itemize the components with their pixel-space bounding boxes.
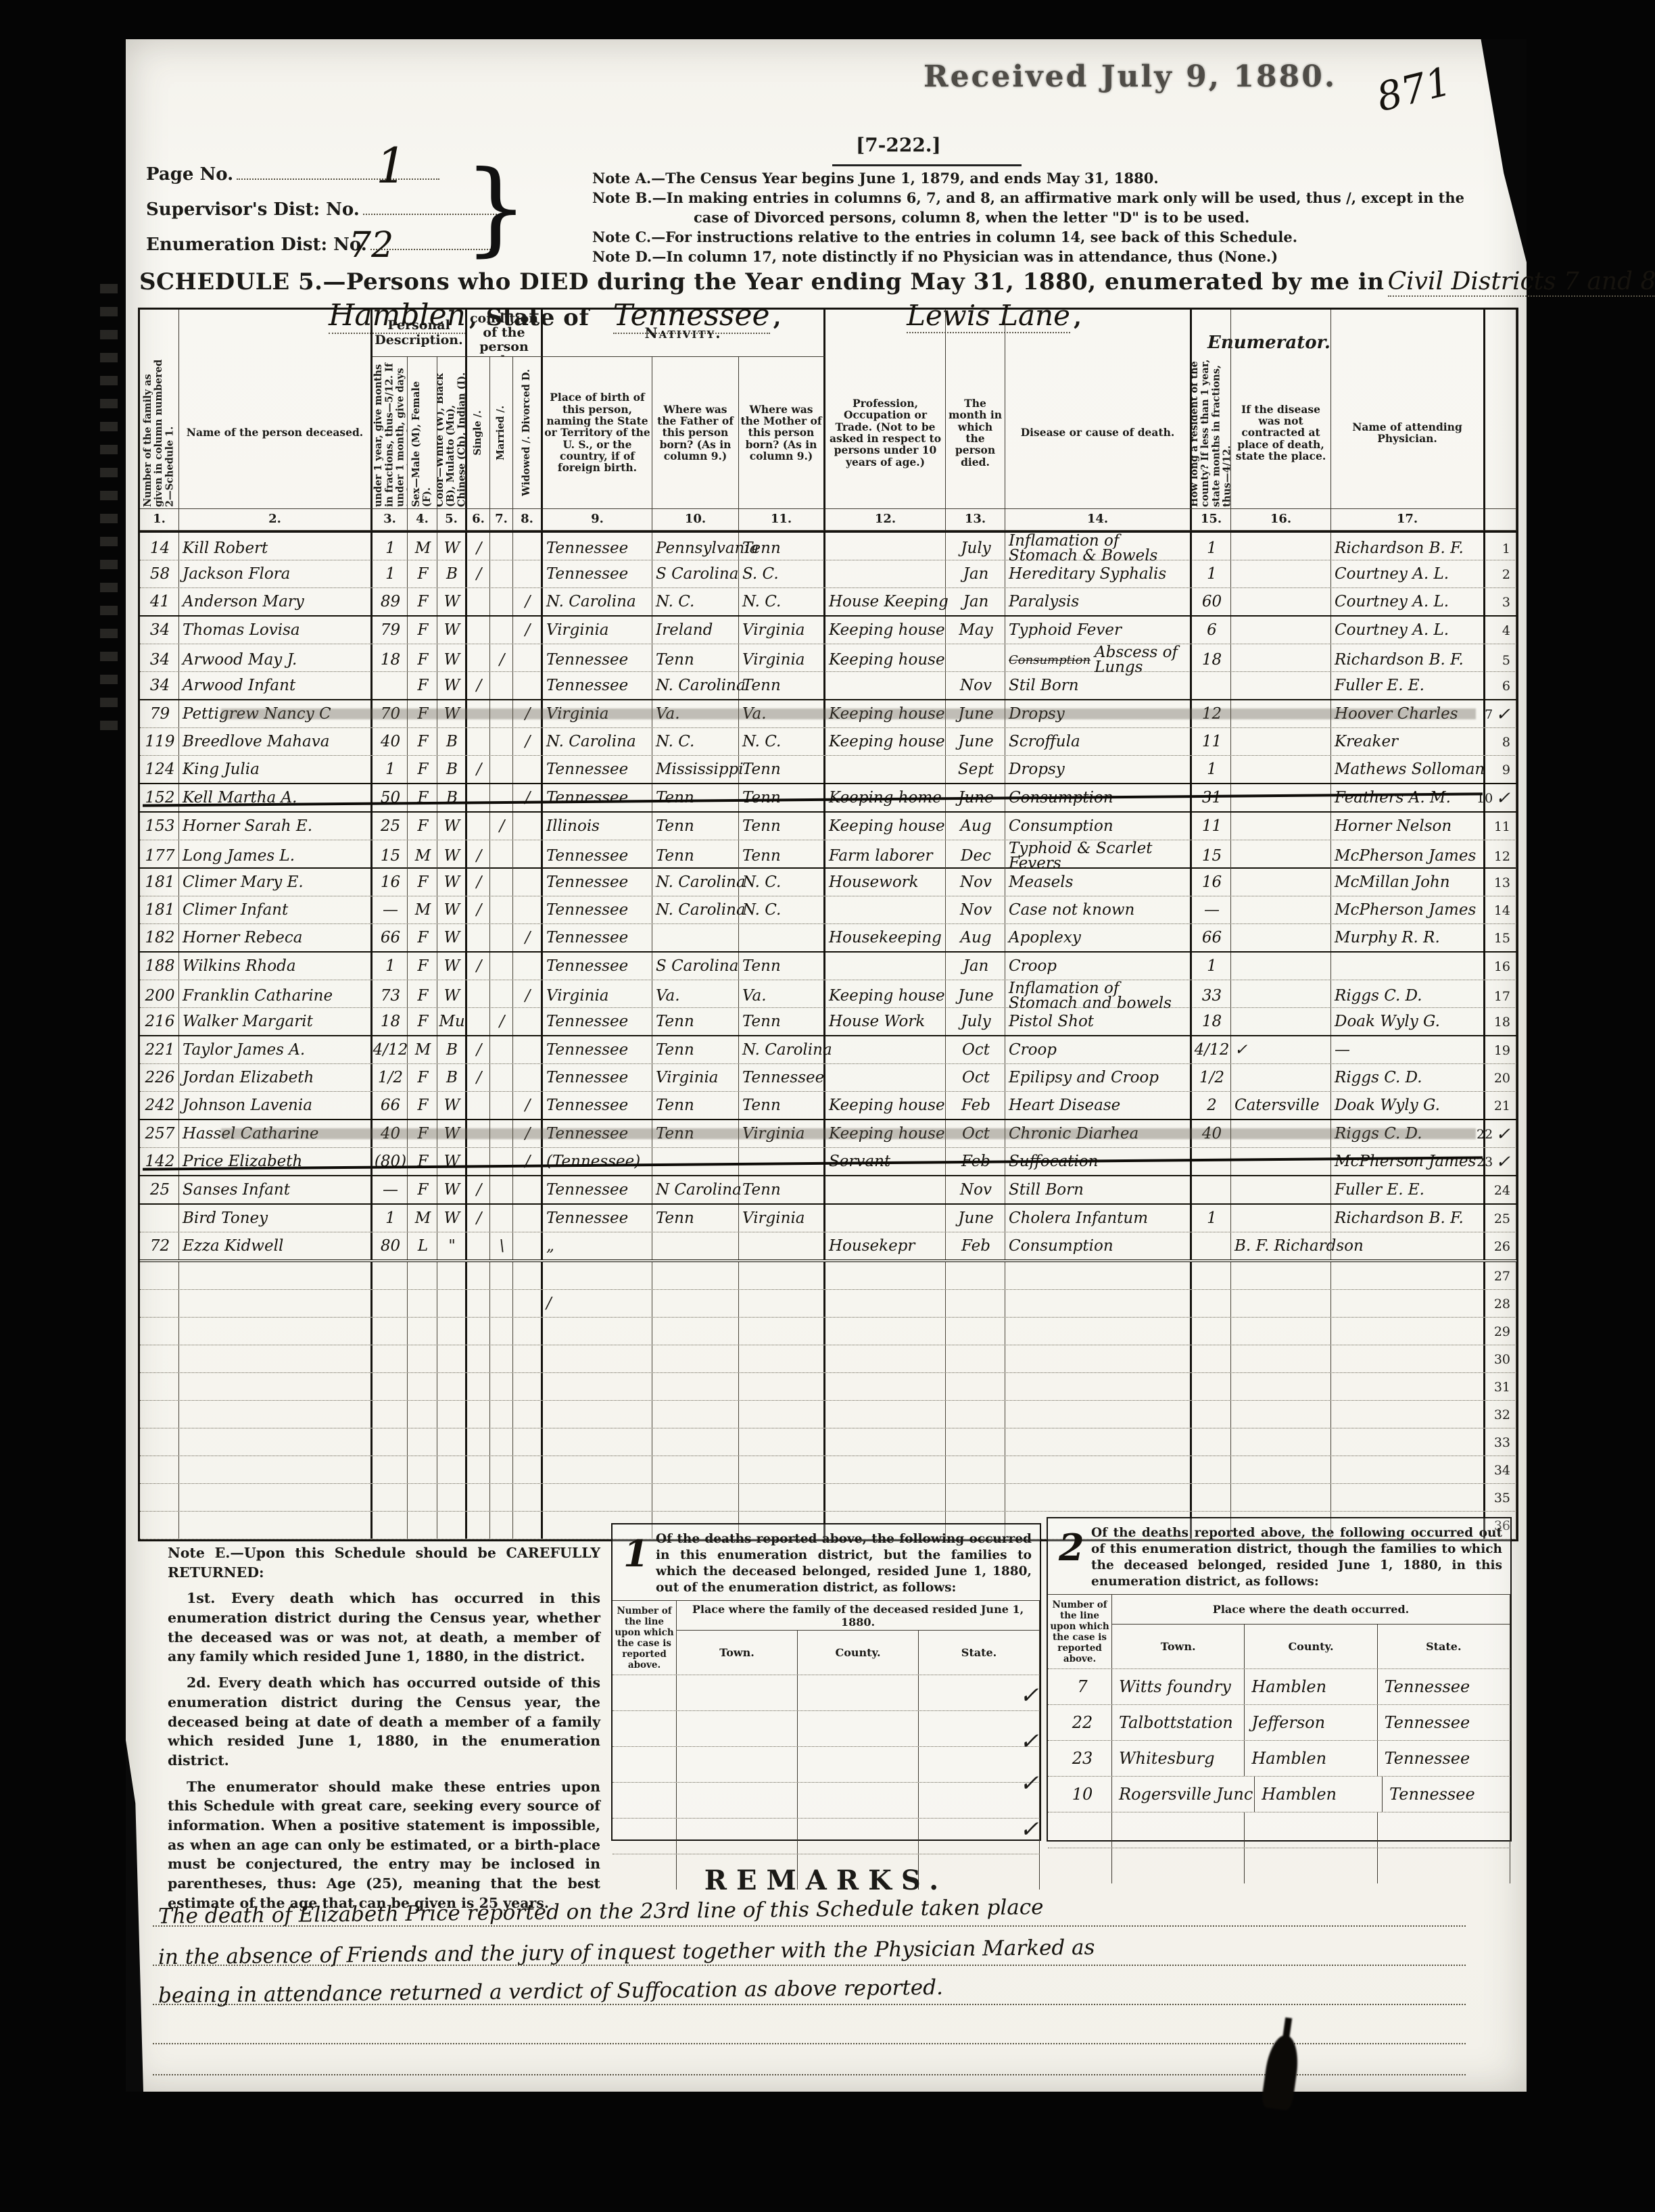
handwritten-entry: 34 <box>150 653 170 668</box>
cell-family <box>140 1484 179 1511</box>
handwritten-entry: W <box>444 1099 460 1113</box>
handwritten-entry: Breedlove Mahava <box>183 735 329 750</box>
cell-widowed: / <box>513 980 543 1011</box>
line-number: 35 <box>1485 1484 1516 1511</box>
line-number: 26 <box>1485 1232 1516 1259</box>
column-number: 13. <box>946 509 1005 531</box>
cell-physician <box>1331 1318 1485 1345</box>
handwritten-entry: Tenn <box>656 1211 694 1226</box>
handwritten-entry: 33 <box>1202 989 1222 1004</box>
cell-resident <box>1192 1401 1231 1428</box>
check-mark: ✓ <box>1020 1816 1039 1843</box>
cell-birth: Tennessee <box>543 1064 652 1091</box>
cell-family <box>140 1262 179 1289</box>
cell-color <box>437 1512 467 1539</box>
handwritten-entry: F <box>418 1015 429 1030</box>
check-mark: ✓ <box>1495 1154 1510 1171</box>
cell-age: — <box>373 896 408 923</box>
handwritten-entry: Riggs C. D. <box>1335 989 1422 1004</box>
cell-birth: Tennessee <box>543 756 652 783</box>
summary-cell-state: Tennessee <box>1378 1741 1510 1776</box>
cell-resident <box>1192 1318 1231 1345</box>
cell-married: \ <box>490 1232 513 1259</box>
handwritten-entry: 188 <box>145 959 175 974</box>
cell-resident: 6 <box>1192 617 1231 644</box>
handwritten-entry: Dropsy <box>1009 763 1065 777</box>
cell-name: Arwood Infant <box>179 672 373 699</box>
remarks-heading: REMARKS. <box>126 1865 1527 1896</box>
cell-sex: M <box>408 1205 437 1232</box>
handwritten-entry: 242 <box>145 1099 175 1113</box>
handwritten-entry: 16 <box>1202 875 1222 890</box>
handwritten-entry: Abscess of Lungs <box>1095 646 1188 675</box>
cell-name: Breedlove Mahava <box>179 728 373 755</box>
form-code: [7-222.] <box>856 134 941 156</box>
cell-place <box>1231 980 1331 1011</box>
handwritten-entry: Richardson B. F. <box>1335 1211 1464 1226</box>
cell-physician: McPherson James <box>1331 1148 1485 1175</box>
cell-family <box>140 1290 179 1317</box>
cell-birth: Virginia <box>543 617 652 644</box>
summary-cell-county <box>798 1675 919 1710</box>
table-row: 188Wilkins Rhoda1FW/TennesseeS CarolinaT… <box>140 953 1516 980</box>
cell-family <box>140 1345 179 1372</box>
cell-sex: M <box>408 1036 437 1063</box>
summary-header-band: Number of the line upon which the case i… <box>1048 1594 1510 1668</box>
cell-single <box>467 813 490 840</box>
handwritten-entry: Jackson Flora <box>183 567 290 582</box>
handwritten-entry: May <box>959 623 992 638</box>
handwritten-entry: Consumption <box>1009 819 1113 834</box>
mortality-table: Personal Description.What was the civil … <box>138 308 1518 1541</box>
cell-married <box>490 1262 513 1289</box>
cell-father: N Carolina <box>652 1176 739 1203</box>
cell-disease: Paralysis <box>1005 588 1192 615</box>
summary-cell-county <box>798 1711 919 1746</box>
cell-name <box>179 1290 373 1317</box>
cell-occupation: Keeping house <box>825 980 946 1011</box>
header-spacer <box>1192 310 1231 357</box>
handwritten-entry: Jan <box>963 567 989 582</box>
cell-resident: 2 <box>1192 1092 1231 1119</box>
cell-month <box>946 1373 1005 1400</box>
summary-handwritten-digit: 2 <box>1059 1524 1084 1571</box>
cell-place <box>1231 728 1331 755</box>
check-mark: ✓ <box>1020 1682 1039 1709</box>
cell-sex: F <box>408 1148 437 1175</box>
cell-place <box>1231 1148 1331 1175</box>
cell-married <box>490 1512 513 1539</box>
cell-place <box>1231 1428 1331 1456</box>
cell-month <box>946 1262 1005 1289</box>
handwritten-entry: Johnson Lavenia <box>183 1099 312 1113</box>
handwritten-entry: Heart Disease <box>1009 1099 1120 1113</box>
cell-birth: „ <box>543 1232 652 1259</box>
cell-married <box>490 1148 513 1175</box>
handwritten-entry: 1 <box>1207 567 1217 582</box>
cell-month <box>946 1345 1005 1372</box>
cell-physician: Feathers A. M. <box>1331 784 1485 811</box>
cell-place <box>1231 1345 1331 1372</box>
cell-occupation <box>825 1318 946 1345</box>
table-row: 181Climer Mary E.16FW/TennesseeN. Caroli… <box>140 869 1516 896</box>
column-label-9: Place of birth of this person, naming th… <box>543 357 652 509</box>
cell-widowed <box>513 1205 543 1232</box>
header-spacer <box>179 310 373 357</box>
cell-disease <box>1005 1345 1192 1372</box>
cell-widowed <box>513 896 543 923</box>
handwritten-entry: B <box>446 1043 458 1058</box>
cell-mother <box>739 1428 825 1456</box>
column-number: 11. <box>739 509 825 531</box>
line-number: 28 <box>1485 1290 1516 1317</box>
cell-place <box>1231 953 1331 980</box>
cell-name: Jackson Flora <box>179 560 373 587</box>
cell-sex: F <box>408 1176 437 1203</box>
cell-place <box>1231 1318 1331 1345</box>
table-row: 226Jordan Elizabeth1/2FB/TennesseeVirgin… <box>140 1064 1516 1092</box>
summary-cell-state <box>1378 1812 1510 1848</box>
cell-sex: F <box>408 869 437 896</box>
handwritten-entry: N. Carolina <box>742 1043 832 1058</box>
cell-place <box>1231 560 1331 587</box>
handwritten-entry: Illinois <box>546 819 600 834</box>
cell-sex: F <box>408 588 437 615</box>
handwritten-entry: Croop <box>1009 959 1057 974</box>
cell-single <box>467 1148 490 1175</box>
cell-single: / <box>467 533 490 564</box>
summary-cell-town <box>677 1783 798 1818</box>
cell-disease: Croop <box>1005 953 1192 980</box>
handwritten-entry: 58 <box>150 567 170 582</box>
cell-resident: 1 <box>1192 756 1231 783</box>
header-spacer <box>1231 310 1331 357</box>
line-number: 19 <box>1485 1036 1516 1063</box>
summary-cell-state: Tennessee <box>1378 1669 1510 1704</box>
cell-family: 226 <box>140 1064 179 1091</box>
cell-physician: Courtney A. L. <box>1331 588 1485 615</box>
cell-birth: Virginia <box>543 980 652 1011</box>
cell-name: Jordan Elizabeth <box>179 1064 373 1091</box>
column-label-text: Profession, Occupation or Trade. (Not to… <box>827 398 944 468</box>
line-number: 21 <box>1485 1092 1516 1119</box>
cell-place <box>1231 533 1331 564</box>
handwritten-entry: 25 <box>150 1183 170 1198</box>
cell-sex <box>408 1512 437 1539</box>
cell-family: 200 <box>140 980 179 1011</box>
column-label-text: Where was the Father of this person born… <box>654 404 737 462</box>
summary-cell-line: 7 <box>1048 1669 1112 1704</box>
cell-disease: Croop <box>1005 1036 1192 1063</box>
summary-intro: 1Of the deaths reported above, the follo… <box>613 1524 1040 1600</box>
cell-birth: (Tennessee) <box>543 1148 652 1175</box>
cell-month: Nov <box>946 896 1005 923</box>
handwritten-entry: / <box>477 959 482 974</box>
summary-table-in-district: 1Of the deaths reported above, the follo… <box>611 1523 1041 1841</box>
handwritten-entry: W <box>444 959 460 974</box>
handwritten-entry: / <box>477 875 482 890</box>
column-label-text: Number of the family as given in column … <box>143 358 176 507</box>
cell-month: Aug <box>946 924 1005 951</box>
cell-physician: Fuller E. E. <box>1331 1176 1485 1203</box>
cell-family: 34 <box>140 644 179 675</box>
handwritten-entry: 18 <box>1202 653 1222 668</box>
summary-cell-line <box>613 1675 677 1710</box>
cell-single <box>467 924 490 951</box>
handwritten-entry: Tennessee <box>546 1043 628 1058</box>
handwritten-entry: Riggs C. D. <box>1335 1071 1422 1086</box>
cell-physician <box>1331 1345 1485 1372</box>
cell-month <box>946 1318 1005 1345</box>
cell-father: N. C. <box>652 728 739 755</box>
cell-widowed <box>513 1064 543 1091</box>
handwritten-entry: 34 <box>150 679 170 694</box>
cell-family: 142 <box>140 1148 179 1175</box>
cell-physician: Richardson B. F. <box>1331 1205 1485 1232</box>
cell-sex <box>408 1262 437 1289</box>
cell-name: Thomas Lovisa <box>179 617 373 644</box>
cell-name: Walker Margarit <box>179 1008 373 1035</box>
cell-name: Bird Toney <box>179 1205 373 1232</box>
cell-disease: Typhoid & Scarlet Fevers <box>1005 840 1192 871</box>
cell-physician: Doak Wyly G. <box>1331 1092 1485 1119</box>
cell-birth: Tennessee <box>543 1092 652 1119</box>
page-no-value: 1 <box>376 137 407 194</box>
handwritten-entry: L <box>418 1239 428 1254</box>
cell-widowed <box>513 1456 543 1483</box>
cell-mother <box>739 1232 825 1259</box>
struck-word: Consumption <box>1009 654 1090 666</box>
cell-mother <box>739 924 825 951</box>
handwritten-entry: / <box>477 567 482 582</box>
handwritten-entry: Franklin Catharine <box>183 989 333 1004</box>
cell-resident: 15 <box>1192 840 1231 871</box>
cell-color: W <box>437 980 467 1011</box>
summary-cell-county <box>798 1783 919 1818</box>
cell-single: / <box>467 1036 490 1063</box>
handwritten-entry: F <box>418 959 429 974</box>
cell-disease <box>1005 1290 1192 1317</box>
line-number: 30 <box>1485 1345 1516 1372</box>
cell-name: Climer Infant <box>179 896 373 923</box>
cell-occupation <box>825 1484 946 1511</box>
cell-month: July <box>946 533 1005 564</box>
cell-disease: Dropsy <box>1005 756 1192 783</box>
cell-father: Ireland <box>652 617 739 644</box>
handwritten-entry: Doak Wyly G. <box>1335 1099 1440 1113</box>
cell-married <box>490 953 513 980</box>
cell-single <box>467 1345 490 1372</box>
cell-physician: Courtney A. L. <box>1331 617 1485 644</box>
handwritten-entry: Virginia <box>546 989 609 1004</box>
cell-married: / <box>490 644 513 675</box>
handwritten-entry: Ireland <box>656 623 713 638</box>
cell-married <box>490 1036 513 1063</box>
cell-sex: F <box>408 980 437 1011</box>
handwritten-entry: Courtney A. L. <box>1335 623 1449 638</box>
cell-place <box>1231 644 1331 675</box>
handwritten-entry: W <box>444 679 460 694</box>
cell-mother: N. C. <box>739 728 825 755</box>
table-row: 34Arwood InfantFW/TennesseeN. CarolinaTe… <box>140 672 1516 700</box>
column-number: 17. <box>1331 509 1485 531</box>
cell-physician: Richardson B. F. <box>1331 533 1485 564</box>
cell-color: " <box>437 1232 467 1259</box>
cell-resident: 1 <box>1192 533 1231 564</box>
handwritten-entry: 153 <box>145 819 175 834</box>
district-numbers-block: Page No. Supervisor's Dist: No. Enumerat… <box>146 164 525 270</box>
handwritten-entry: 1 <box>385 763 395 777</box>
cell-mother: Tenn <box>739 672 825 699</box>
handwritten-entry: S Carolina <box>656 959 738 974</box>
handwritten-entry: 1/2 <box>1199 1071 1224 1086</box>
cell-father: N. Carolina <box>652 869 739 896</box>
cell-sex <box>408 1290 437 1317</box>
handwritten-entry: 31 <box>1202 791 1222 806</box>
cell-family <box>140 1205 179 1232</box>
handwritten-entry: Scroffula <box>1009 735 1080 750</box>
cell-birth <box>543 1345 652 1372</box>
table-row: 242Johnson Lavenia66FW/TennesseeTennTenn… <box>140 1092 1516 1120</box>
handwritten-entry: Taylor James A. <box>183 1043 305 1058</box>
handwritten-entry: F <box>418 989 429 1004</box>
cell-color <box>437 1401 467 1428</box>
handwritten-entry: N. Carolina <box>546 735 636 750</box>
handwritten-entry: Tenn <box>656 819 694 834</box>
handwritten-entry: / <box>525 595 531 610</box>
summary-row <box>613 1782 1040 1818</box>
cell-sex <box>408 1373 437 1400</box>
line-number: 2 <box>1485 560 1516 587</box>
cell-name: Taylor James A. <box>179 1036 373 1063</box>
cell-married <box>490 1205 513 1232</box>
cell-place <box>1231 1176 1331 1203</box>
handwritten-entry: M <box>415 849 431 864</box>
summary-row <box>613 1710 1040 1746</box>
cell-month: May <box>946 617 1005 644</box>
cell-family: 79 <box>140 700 179 727</box>
cell-birth: N. Carolina <box>543 588 652 615</box>
handwritten-entry: 1 <box>1207 542 1217 556</box>
remarks-line3: beaing in attendance returned a verdict … <box>158 1975 943 2008</box>
cell-occupation: Keeping house <box>825 644 946 675</box>
cell-widowed <box>513 1512 543 1539</box>
cell-color: B <box>437 1064 467 1091</box>
cell-color <box>437 1290 467 1317</box>
title-district-handwritten: Civil Districts 7 and 8 <box>1388 268 1655 297</box>
cell-birth: Tennessee <box>543 1205 652 1232</box>
cell-resident <box>1192 1232 1231 1259</box>
summary-header-band: Number of the line upon which the case i… <box>613 1600 1040 1675</box>
handwritten-entry: — <box>383 1183 398 1198</box>
cell-color: W <box>437 1148 467 1175</box>
handwritten-entry: F <box>418 679 429 694</box>
handwritten-entry: / <box>477 763 482 777</box>
handwritten-entry: / <box>525 1099 531 1113</box>
handwritten-entry: Nov <box>960 1183 992 1198</box>
column-label-text: If the disease was not contracted at pla… <box>1232 404 1329 462</box>
cell-father: Tenn <box>652 840 739 871</box>
table-row: 41Anderson Mary89FW/N. CarolinaN. C.N. C… <box>140 588 1516 617</box>
cell-physician <box>1331 1401 1485 1428</box>
column-number: 10. <box>652 509 739 531</box>
handwritten-entry: 4/12 <box>1195 1043 1230 1058</box>
handwritten-entry: B <box>446 763 458 777</box>
summary-table-out-of-district: 2Of the deaths reported above, the follo… <box>1047 1517 1512 1842</box>
handwritten-entry: B <box>446 735 458 750</box>
cell-sex: F <box>408 560 437 587</box>
handwritten-entry: / <box>525 931 531 946</box>
handwritten-entry: Epilipsy and Croop <box>1009 1071 1159 1086</box>
cell-birth: / <box>543 1290 652 1317</box>
handwritten-entry: 216 <box>145 1015 175 1030</box>
cell-father <box>652 1290 739 1317</box>
handwritten-entry: Va. <box>742 989 767 1004</box>
cell-father: Pennsylvania <box>652 533 739 564</box>
cell-name: Sanses Infant <box>179 1176 373 1203</box>
line-number: 15 <box>1485 924 1516 951</box>
cell-married <box>490 840 513 871</box>
handwritten-entry: N. Carolina <box>656 679 746 694</box>
cell-physician: Fuller E. E. <box>1331 672 1485 699</box>
table-row: 72Ezza Kidwell80L"\„HousekeprFebConsumpt… <box>140 1232 1516 1262</box>
cell-married <box>490 1318 513 1345</box>
cell-place <box>1231 617 1331 644</box>
handwritten-entry: Horner Nelson <box>1335 819 1452 834</box>
handwritten-entry: 1 <box>385 567 395 582</box>
cell-mother: Va. <box>739 980 825 1011</box>
note-b-line1: Note B.—In making entries in columns 6, … <box>592 189 1498 208</box>
cell-birth <box>543 1401 652 1428</box>
note-a: Note A.—The Census Year begins June 1, 1… <box>592 169 1498 189</box>
cell-age: 40 <box>373 728 408 755</box>
cell-name <box>179 1345 373 1372</box>
handwritten-entry: 1 <box>385 1211 395 1226</box>
handwritten-entry: F <box>418 819 429 834</box>
cell-family: 242 <box>140 1092 179 1119</box>
table-row: 181Climer Infant—MW/TennesseeN. Carolina… <box>140 896 1516 924</box>
cell-birth: Tennessee <box>543 784 652 811</box>
cell-family: 181 <box>140 869 179 896</box>
cell-family <box>140 1373 179 1400</box>
cell-occupation <box>825 1176 946 1203</box>
cell-father <box>652 1345 739 1372</box>
cell-age: 79 <box>373 617 408 644</box>
note-d: Note D.—In column 17, note distinctly if… <box>592 247 1498 267</box>
line-number: 8 <box>1485 728 1516 755</box>
cell-color: B <box>437 1036 467 1063</box>
cell-birth: Tennessee <box>543 896 652 923</box>
handwritten-entry: 15 <box>381 849 400 864</box>
line-number: 3 <box>1485 588 1516 615</box>
cell-family: 34 <box>140 617 179 644</box>
summary-col-town: Town. <box>1112 1624 1245 1668</box>
handwritten-entry: Sanses Infant <box>183 1183 290 1198</box>
cell-father: N. Carolina <box>652 672 739 699</box>
cell-occupation: Keeping house <box>825 617 946 644</box>
cell-family: 153 <box>140 813 179 840</box>
summary-cell-state: Tennessee <box>1383 1777 1510 1812</box>
cell-occupation <box>825 533 946 564</box>
table-row: 119Breedlove Mahava40FB/N. CarolinaN. C.… <box>140 728 1516 756</box>
cell-month <box>946 1401 1005 1428</box>
column-number: 3. <box>373 509 408 531</box>
table-row: 200Franklin Catharine73FW/VirginiaVa.Va.… <box>140 980 1516 1008</box>
column-number: 8. <box>513 509 543 531</box>
cell-age: 1/2 <box>373 1064 408 1091</box>
cell-mother <box>739 1290 825 1317</box>
handwritten-entry: Keeping house <box>829 819 945 834</box>
